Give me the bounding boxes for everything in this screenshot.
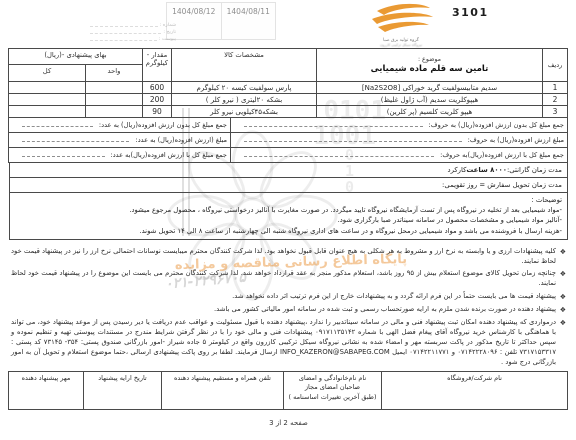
company-name-cell: نام شرکت/فروشگاه <box>382 371 568 409</box>
total-without-vat-words: جمع مبلغ کل بدون ارزش افزوده(ریال) به حر… <box>231 118 568 133</box>
proposer-phone-cell: تلفن همراه و مستقیم پیشنهاد دهنده <box>162 371 284 409</box>
table-row: 2 هیپوکلریت سدیم (آب ژاول غلیظ) بشکه ۲۰ل… <box>8 94 567 106</box>
item-subject: سدیم متابیسولفیت گرید خوراکی [Na2S2O8] <box>317 82 543 94</box>
item-unit-price <box>86 82 143 94</box>
condition-text: کلیه پیشنهادات ارزی و یا وابسته به نرخ ا… <box>11 247 556 267</box>
table-row: 1 سدیم متابیسولفیت گرید خوراکی [Na2S2O8]… <box>8 82 567 94</box>
item-spec: بشکه ۲۰لیتری ( نیرو کلر ) <box>172 94 317 106</box>
total-without-vat-digits: جمع مبلغ کل بدون ارزش افزوده(ریال) به عد… <box>9 118 231 133</box>
table-row: نام شرکت/فروشگاه نام نام‌خانوادگی و امضا… <box>9 371 568 409</box>
proposer-stamp-cell: مهر پیشنهاد دهنده <box>9 371 84 409</box>
col-header-subject: موضوع : تامین سه قلم ماده شیمیایی <box>317 49 543 82</box>
diamond-bullet-icon: ❖ <box>556 292 566 302</box>
col-header-specs: مشخصات کالا <box>172 49 317 82</box>
logo-swoosh-icon <box>363 2 439 34</box>
list-item: ❖پیشنهاد قیمت ها می بایست حتماً در این ف… <box>11 292 566 302</box>
col-header-quantity: مقدار - کیلوگرم <box>143 49 172 82</box>
total-with-vat-digits: جمع مبلغ کل با ارزش افزوده(ریال)به عدد: <box>9 148 231 163</box>
item-spec: پارس سولفیت کیسه ۲۰ کیلوگرم <box>172 82 317 94</box>
item-subject: هیپوکلریت سدیم (آب ژاول غلیظ) <box>317 94 543 106</box>
company-logo: گروه تولید برق صبا نیروگاه سیکل ترکیبی ک… <box>360 2 442 47</box>
note-line: -آنالیز مواد شیمیایی و مشخصات محصول در س… <box>15 215 562 225</box>
diamond-bullet-icon: ❖ <box>556 247 566 267</box>
item-quantity: 200 <box>143 94 172 106</box>
item-total-price <box>8 106 85 118</box>
list-item: ❖پیشنهاد دهنده در صورت برنده شدن ملزم به… <box>11 305 566 315</box>
diamond-bullet-icon: ❖ <box>556 269 566 289</box>
diamond-bullet-icon: ❖ <box>556 318 566 367</box>
table-row: جمع مبلغ کل بدون ارزش افزوده(ریال) به حر… <box>9 118 568 133</box>
authorized-signers-cell: نام نام‌خانوادگی و امضای صاحبان امضای مج… <box>284 371 382 409</box>
item-unit-price <box>86 94 143 106</box>
guarantee-hours: ۸۰۰۰ ساعت <box>466 166 507 174</box>
condition-text: چنانچه زمان تحویل کالای موضوع استعلام بی… <box>11 269 556 289</box>
form-body: ردیف موضوع : تامین سه قلم ماده شیمیایی م… <box>9 48 568 427</box>
letterhead-number-label: شماره : <box>160 23 176 28</box>
note-line: -هزینه ارسال با فروشنده می باشد و مواد ش… <box>15 226 562 236</box>
conditions-list: ❖کلیه پیشنهادات ارزی و یا وابسته به نرخ … <box>9 247 568 368</box>
condition-text: پیشنهاد قیمت ها می بایست حتماً در این فر… <box>11 292 556 302</box>
notes-box: توضیحات : -مواد شیمیایی بعد از تخلیه در … <box>9 193 568 240</box>
item-quantity: 600 <box>143 82 172 94</box>
col-header-unit-price: واحد <box>86 65 143 82</box>
table-row: 3 هیپو کلریت کلسیم (پر کلرین) بشکه۴۵کیلو… <box>8 106 567 118</box>
logo-subcaption: نیروگاه سیکل ترکیبی کازرون <box>360 43 442 47</box>
vat-amount-words: مبلغ ارزش افزوده(ریال) به حروف: <box>231 133 568 148</box>
guarantee-row: مدت زمان گارانتی: ۸۰۰۰ ساعت کارکرد <box>9 163 568 178</box>
row-number: 1 <box>543 82 568 94</box>
delivery-time-row: مدت زمان تحویل سفارش = روز تقویمی: <box>9 178 568 193</box>
proposal-date-cell: تاریخ ارایه پیشنهاد <box>84 371 162 409</box>
subject-label: موضوع : <box>320 56 539 63</box>
note-line: -مواد شیمیایی بعد از تخلیه در نیروگاه پس… <box>15 205 562 215</box>
document-number: 3101 <box>452 6 489 19</box>
table-row: جمع مبلغ کل با ارزش افزوده(ریال)به حروف:… <box>9 148 568 163</box>
item-subject: هیپو کلریت کلسیم (پر کلرین) <box>317 106 543 118</box>
item-spec: بشکه۴۵کیلویی نیرو کلر <box>172 106 317 118</box>
col-header-row-number: ردیف <box>543 49 568 82</box>
page-number: صفحه 2 از 3 <box>9 419 568 427</box>
scanned-inquiry-document: { "header": { "doc_number": "3101", "dat… <box>0 0 576 440</box>
condition-text: پیشنهاد دهنده در صورت برنده شدن ملزم به … <box>11 305 556 315</box>
letterhead-attach-label: پیوست : <box>159 37 176 42</box>
subject-title: تامین سه قلم ماده شیمیایی <box>320 64 539 74</box>
signature-table: نام شرکت/فروشگاه نام نام‌خانوادگی و امضا… <box>8 371 568 410</box>
item-total-price <box>8 82 85 94</box>
date-value-right: 1404/08/11 <box>221 3 276 39</box>
totals-table: جمع مبلغ کل بدون ارزش افزوده(ریال) به حر… <box>8 117 568 163</box>
item-total-price <box>8 94 85 106</box>
list-item: ❖درمواردی که پیشنهاد دهنده امکان ثبت پیش… <box>11 318 566 367</box>
col-header-total-price: کل <box>8 65 85 82</box>
table-row: مبلغ ارزش افزوده(ریال) به حروف: مبلغ (ار… <box>9 133 568 148</box>
list-item: ❖چنانچه زمان تحویل کالای موضوع استعلام ب… <box>11 269 566 289</box>
items-table: ردیف موضوع : تامین سه قلم ماده شیمیایی م… <box>8 48 568 118</box>
diamond-bullet-icon: ❖ <box>556 305 566 315</box>
total-with-vat-words: جمع مبلغ کل با ارزش افزوده(ریال)به حروف: <box>231 148 568 163</box>
condition-text: درمواردی که پیشنهاد دهنده امکان ثبت پیشن… <box>11 318 556 367</box>
letterhead-fields: شماره : تاریخ : پیوست : <box>90 21 176 42</box>
col-header-price: بهای پیشنهادی -(ریال) <box>8 49 142 65</box>
vat-amount-digits: مبلغ (ارزش افزوده(ریال) به عدد: <box>9 133 231 148</box>
letterhead-date-label: تاریخ : <box>163 30 176 35</box>
item-quantity: 90 <box>143 106 172 118</box>
date-box: 1404/08/12 1404/08/11 <box>166 2 276 40</box>
list-item: ❖کلیه پیشنهادات ارزی و یا وابسته به نرخ … <box>11 247 566 267</box>
notes-title: توضیحات : <box>15 195 562 205</box>
item-unit-price <box>86 106 143 118</box>
row-number: 2 <box>543 94 568 106</box>
row-number: 3 <box>543 106 568 118</box>
